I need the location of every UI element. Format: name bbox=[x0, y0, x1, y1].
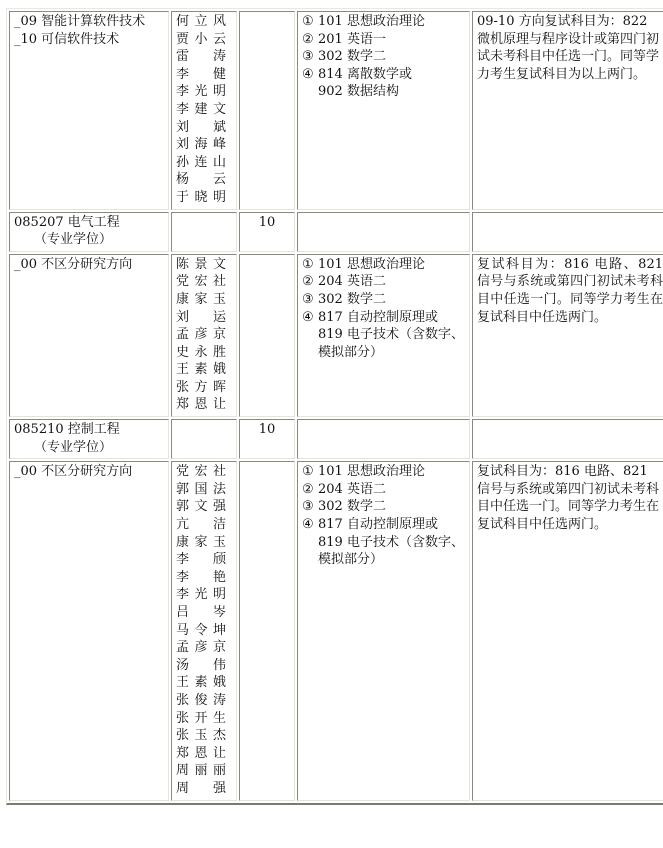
remarks-text: 复试科目为：816 电路、821 信号与系统或第四门初试未考科目中任选一门。同等… bbox=[477, 256, 663, 326]
tutor-name: 郑恩让 bbox=[176, 396, 226, 414]
exam-subject: 302 数学二 bbox=[318, 498, 386, 516]
major-code-name: 085210 控制工程 bbox=[14, 421, 164, 439]
tutor-name: 王素娥 bbox=[176, 361, 226, 379]
direction-line: _00 不区分研究方向 bbox=[14, 256, 164, 274]
admissions-catalog-table: _09 智能计算软件技术 _10 可信软件技术 何立风 贾小云 雷 涛 李 健 … bbox=[6, 8, 663, 805]
tutor-name: 康家玉 bbox=[176, 534, 226, 552]
exam-subject: 101 思想政治理论 bbox=[318, 13, 425, 31]
exam-item: ③302 数学二 bbox=[302, 48, 465, 66]
circled-number-icon: ② bbox=[302, 481, 318, 499]
tutor-name: 郭文强 bbox=[176, 498, 226, 516]
tutor-name: 杨 云 bbox=[176, 171, 226, 189]
circled-number-icon: ④ bbox=[302, 516, 318, 534]
tutor-name: 康家玉 bbox=[176, 291, 226, 309]
tutor-name: 贾小云 bbox=[176, 31, 226, 49]
direction-line: _10 可信软件技术 bbox=[14, 31, 164, 49]
direction-cell: _00 不区分研究方向 bbox=[9, 254, 169, 417]
circled-number-icon: ① bbox=[302, 13, 318, 31]
circled-number-icon: ② bbox=[302, 273, 318, 291]
exam-item: ①101 思想政治理论 bbox=[302, 13, 465, 31]
quota-cell bbox=[239, 254, 295, 417]
major-degree-type: （专业学位） bbox=[14, 231, 164, 249]
tutor-name: 刘海峰 bbox=[176, 136, 226, 154]
remarks-cell: 复试科目为：816 电路、821 信号与系统或第四门初试未考科目中任选一门。同等… bbox=[472, 254, 663, 417]
tutor-name: 雷 涛 bbox=[176, 48, 226, 66]
exam-subject-continuation: 819 电子技术（含数字、模拟部分） bbox=[302, 534, 465, 569]
major-degree-type: （专业学位） bbox=[14, 439, 164, 457]
tutor-name: 李 健 bbox=[176, 66, 226, 84]
tutor-name: 亢 洁 bbox=[176, 516, 226, 534]
tutor-name: 李 艳 bbox=[176, 569, 226, 587]
exam-subject: 201 英语一 bbox=[318, 31, 386, 49]
exam-item: ②201 英语一 bbox=[302, 31, 465, 49]
circled-number-icon: ③ bbox=[302, 48, 318, 66]
tutor-name: 何立风 bbox=[176, 13, 226, 31]
exam-item: ③302 数学二 bbox=[302, 498, 465, 516]
exam-subjects-cell: ①101 思想政治理论 ②204 英语二 ③302 数学二 ④817 自动控制原… bbox=[297, 461, 470, 800]
tutors-cell bbox=[171, 419, 237, 459]
exam-item: ④817 自动控制原理或 bbox=[302, 516, 465, 534]
exam-subject: 814 离散数学或 bbox=[318, 66, 412, 84]
tutor-name: 李 颀 bbox=[176, 551, 226, 569]
exam-subjects-cell bbox=[297, 419, 470, 459]
circled-number-icon: ④ bbox=[302, 66, 318, 84]
tutor-name: 党宏社 bbox=[176, 273, 226, 291]
tutor-name: 汤 伟 bbox=[176, 657, 226, 675]
remarks-text: 复试科目为：816 电路、821 信号与系统或第四门初试未考科目中任选一门。同等… bbox=[477, 463, 663, 533]
table-row-major-085210: 085210 控制工程 （专业学位） 10 bbox=[9, 419, 663, 459]
exam-subject-continuation: 902 数据结构 bbox=[302, 83, 465, 101]
table-row-direction-00-control: _00 不区分研究方向 党宏社 郭国法 郭文强 亢 洁 康家玉 李 颀 李 艳 … bbox=[9, 461, 663, 800]
tutor-name: 马令坤 bbox=[176, 622, 226, 640]
exam-subject-continuation: 819 电子技术（含数字、模拟部分） bbox=[302, 326, 465, 361]
tutor-name: 李光明 bbox=[176, 586, 226, 604]
table-row-major-085207: 085207 电气工程 （专业学位） 10 bbox=[9, 212, 663, 252]
remarks-cell: 09-10 方向复试科目为：822 微机原理与程序设计或第四门初试未考科目中任选… bbox=[472, 11, 663, 210]
remarks-text: 09-10 方向复试科目为：822 微机原理与程序设计或第四门初试未考科目中任选… bbox=[477, 13, 663, 83]
exam-subjects-cell: ①101 思想政治理论 ②201 英语一 ③302 数学二 ④814 离散数学或… bbox=[297, 11, 470, 210]
tutor-name: 张玉杰 bbox=[176, 727, 226, 745]
exam-subject: 302 数学二 bbox=[318, 48, 386, 66]
exam-item: ①101 思想政治理论 bbox=[302, 256, 465, 274]
exam-subject: 817 自动控制原理或 bbox=[318, 309, 438, 327]
circled-number-icon: ④ bbox=[302, 309, 318, 327]
remarks-cell bbox=[472, 419, 663, 459]
tutor-name: 刘 斌 bbox=[176, 119, 226, 137]
table-row-direction-09-10: _09 智能计算软件技术 _10 可信软件技术 何立风 贾小云 雷 涛 李 健 … bbox=[9, 11, 663, 210]
quota-cell: 10 bbox=[239, 212, 295, 252]
remarks-cell: 复试科目为：816 电路、821 信号与系统或第四门初试未考科目中任选一门。同等… bbox=[472, 461, 663, 800]
exam-subject: 101 思想政治理论 bbox=[318, 463, 425, 481]
quota-cell: 10 bbox=[239, 419, 295, 459]
remarks-cell bbox=[472, 212, 663, 252]
exam-item: ④814 离散数学或 bbox=[302, 66, 465, 84]
exam-subject: 817 自动控制原理或 bbox=[318, 516, 438, 534]
tutor-name: 周 强 bbox=[176, 780, 226, 798]
table-row-direction-00-electrical: _00 不区分研究方向 陈景文 党宏社 康家玉 刘 运 孟彦京 史永胜 王素娥 … bbox=[9, 254, 663, 417]
tutor-name: 陈景文 bbox=[176, 256, 226, 274]
direction-cell: _00 不区分研究方向 bbox=[9, 461, 169, 800]
major-cell: 085207 电气工程 （专业学位） bbox=[9, 212, 169, 252]
tutor-name: 张俊涛 bbox=[176, 692, 226, 710]
tutor-name: 王素娥 bbox=[176, 674, 226, 692]
tutor-name: 于晓明 bbox=[176, 189, 226, 207]
tutor-name: 周丽丽 bbox=[176, 762, 226, 780]
exam-subjects-cell: ①101 思想政治理论 ②204 英语二 ③302 数学二 ④817 自动控制原… bbox=[297, 254, 470, 417]
tutors-cell: 陈景文 党宏社 康家玉 刘 运 孟彦京 史永胜 王素娥 张方晖 郑恩让 bbox=[171, 254, 237, 417]
quota-cell bbox=[239, 11, 295, 210]
tutor-name: 张开生 bbox=[176, 710, 226, 728]
circled-number-icon: ① bbox=[302, 256, 318, 274]
exam-item: ①101 思想政治理论 bbox=[302, 463, 465, 481]
tutor-name: 吕 岑 bbox=[176, 604, 226, 622]
direction-cell: _09 智能计算软件技术 _10 可信软件技术 bbox=[9, 11, 169, 210]
major-cell: 085210 控制工程 （专业学位） bbox=[9, 419, 169, 459]
exam-subject: 101 思想政治理论 bbox=[318, 256, 425, 274]
tutor-name: 党宏社 bbox=[176, 463, 226, 481]
circled-number-icon: ③ bbox=[302, 291, 318, 309]
exam-subject: 204 英语二 bbox=[318, 481, 386, 499]
exam-item: ③302 数学二 bbox=[302, 291, 465, 309]
exam-item: ②204 英语二 bbox=[302, 273, 465, 291]
tutor-name: 李建文 bbox=[176, 101, 226, 119]
tutor-name: 刘 运 bbox=[176, 309, 226, 327]
direction-line: _00 不区分研究方向 bbox=[14, 463, 164, 481]
exam-subject: 204 英语二 bbox=[318, 273, 386, 291]
tutor-name: 张方晖 bbox=[176, 379, 226, 397]
exam-subject: 302 数学二 bbox=[318, 291, 386, 309]
circled-number-icon: ③ bbox=[302, 498, 318, 516]
major-code-name: 085207 电气工程 bbox=[14, 214, 164, 232]
tutor-name: 郑恩让 bbox=[176, 745, 226, 763]
tutor-name: 孟彦京 bbox=[176, 326, 226, 344]
exam-subjects-cell bbox=[297, 212, 470, 252]
exam-item: ②204 英语二 bbox=[302, 481, 465, 499]
direction-line: _09 智能计算软件技术 bbox=[14, 13, 164, 31]
tutor-name: 史永胜 bbox=[176, 344, 226, 362]
quota-cell bbox=[239, 461, 295, 800]
tutor-name: 郭国法 bbox=[176, 481, 226, 499]
exam-item: ④817 自动控制原理或 bbox=[302, 309, 465, 327]
tutor-name: 孙连山 bbox=[176, 154, 226, 172]
tutor-name: 孟彦京 bbox=[176, 639, 226, 657]
tutors-cell: 何立风 贾小云 雷 涛 李 健 李光明 李建文 刘 斌 刘海峰 孙连山 杨 云 … bbox=[171, 11, 237, 210]
circled-number-icon: ① bbox=[302, 463, 318, 481]
tutors-cell bbox=[171, 212, 237, 252]
tutors-cell: 党宏社 郭国法 郭文强 亢 洁 康家玉 李 颀 李 艳 李光明 吕 岑 马令坤 … bbox=[171, 461, 237, 800]
tutor-name: 李光明 bbox=[176, 83, 226, 101]
circled-number-icon: ② bbox=[302, 31, 318, 49]
